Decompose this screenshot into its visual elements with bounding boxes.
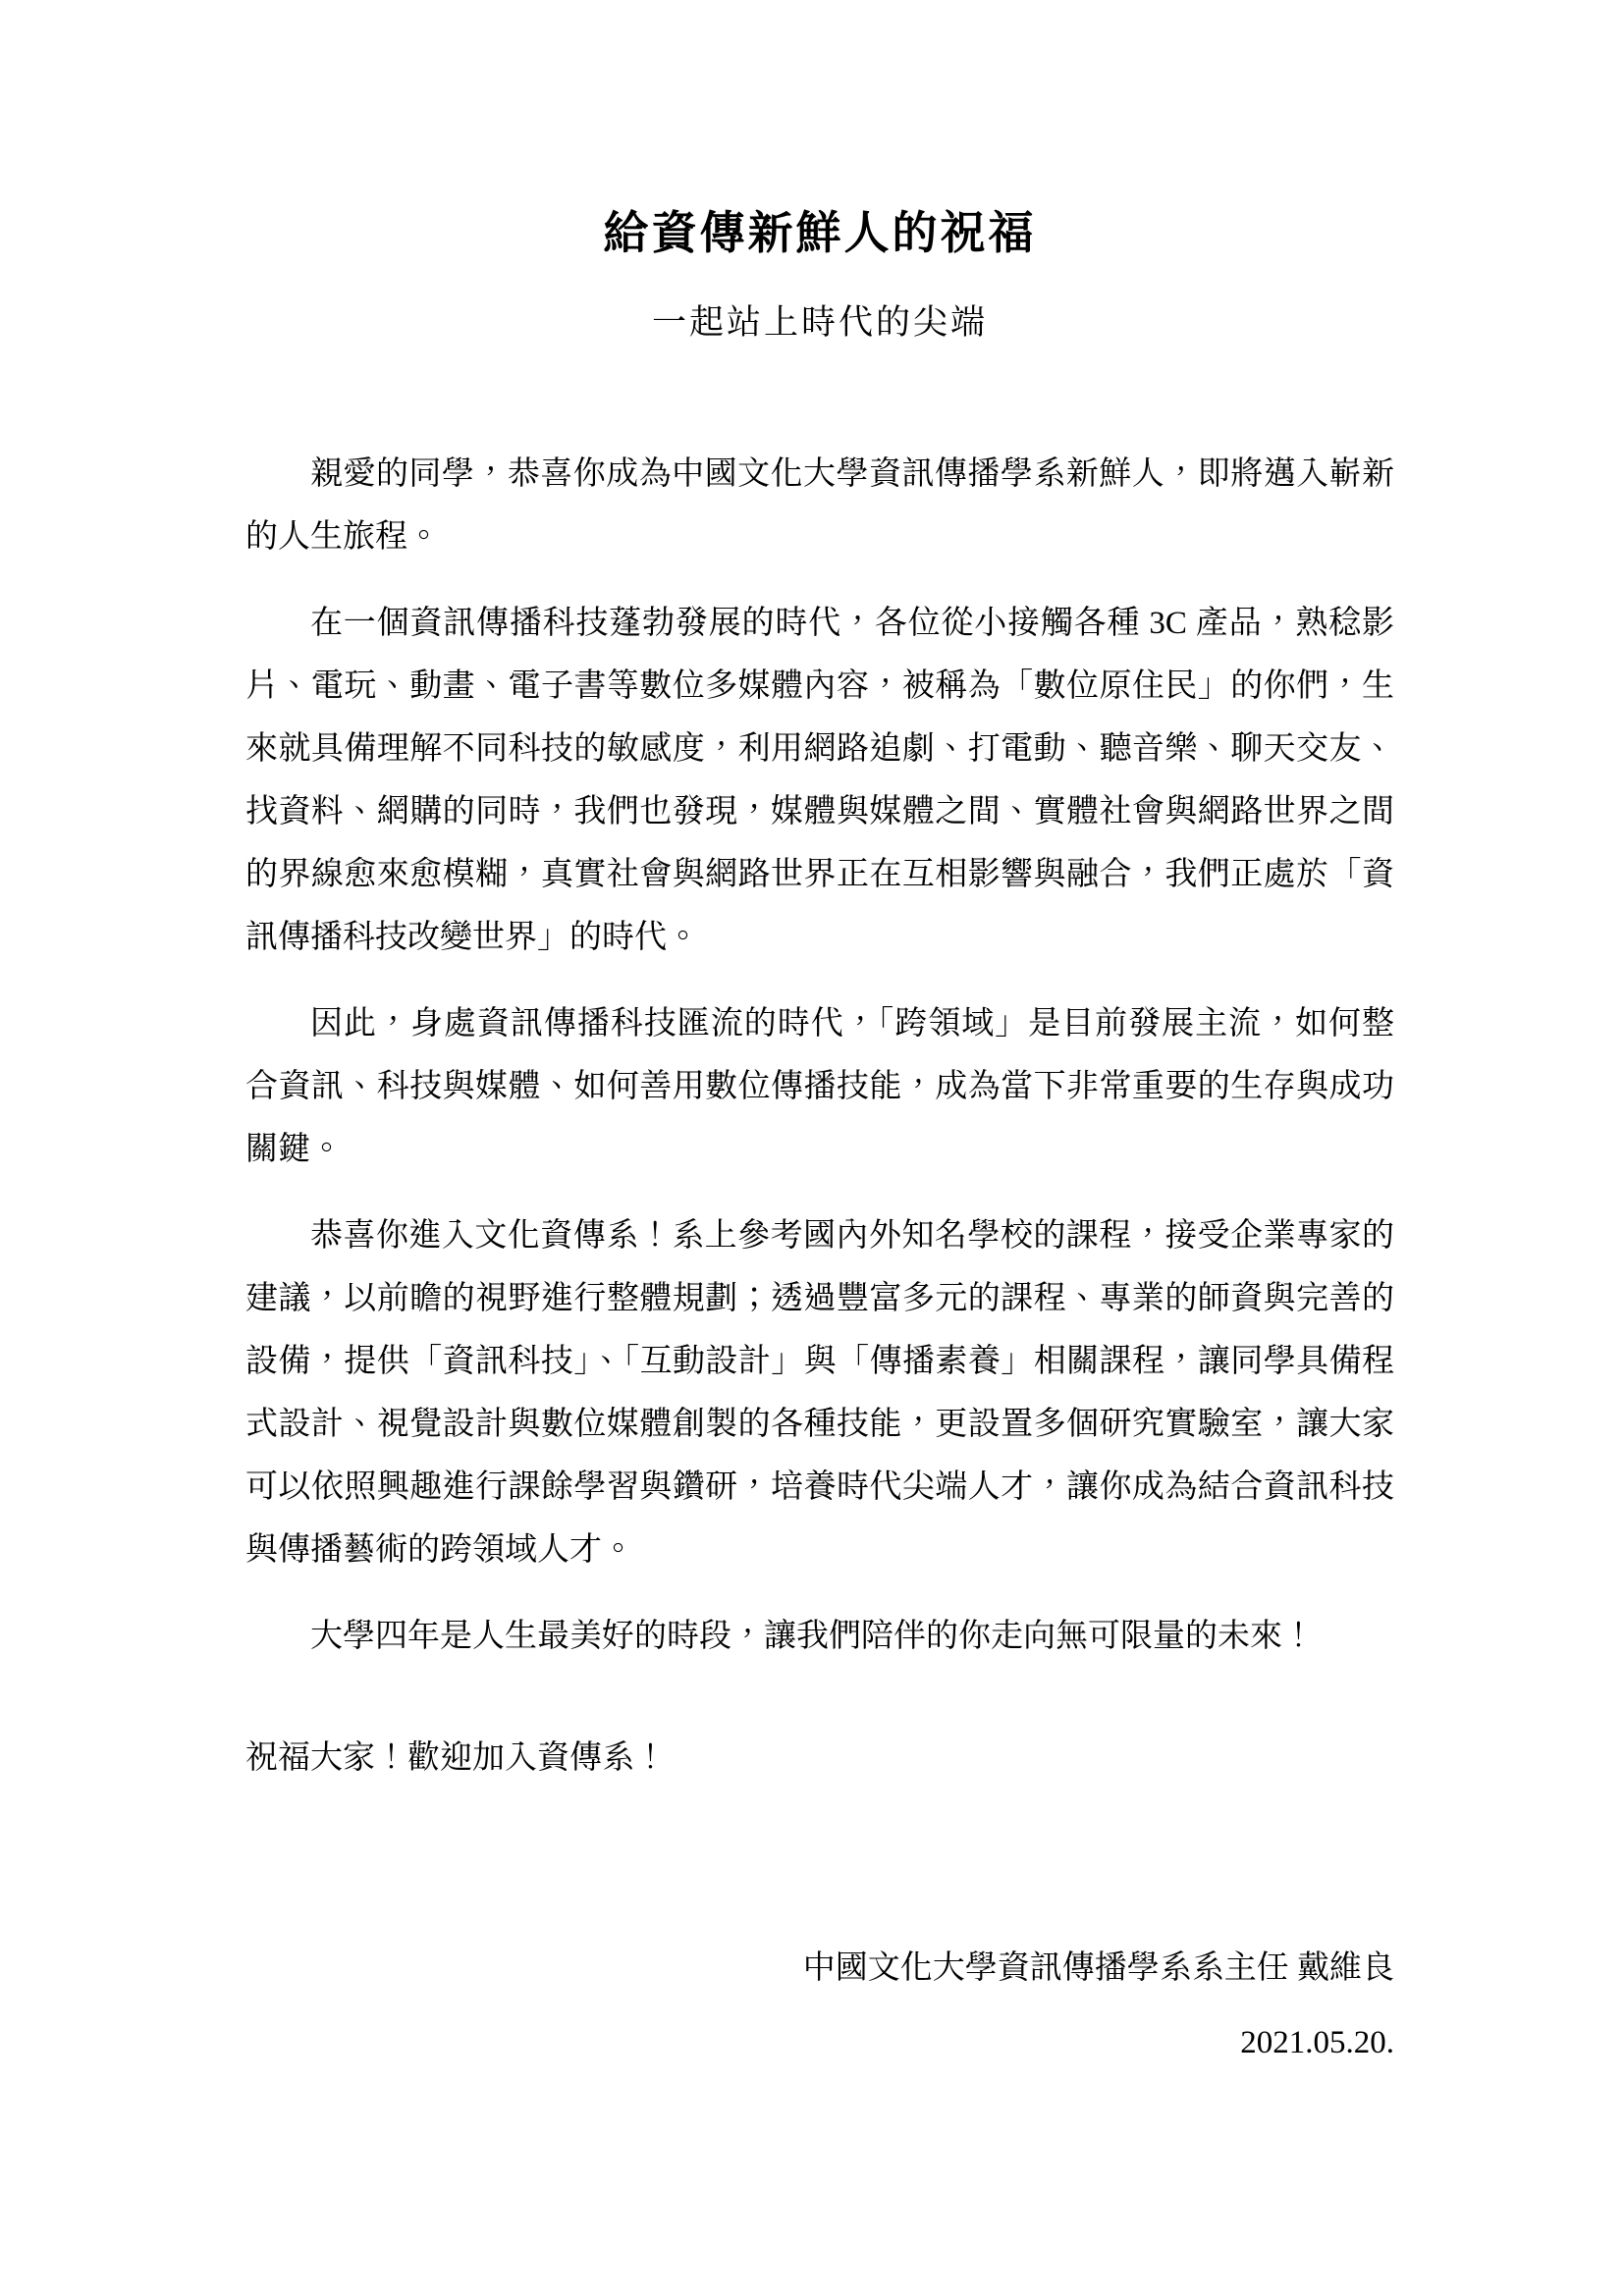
paragraph-digital-natives: 在一個資訊傳播科技蓬勃發展的時代，各位從小接觸各種 3C 產品，熟稔影片、電玩、… bbox=[245, 592, 1394, 969]
closing-line: 祝福大家！歡迎加入資傳系！ bbox=[245, 1727, 1394, 1789]
letter-subtitle: 一起站上時代的尖端 bbox=[245, 303, 1394, 343]
signature-line: 中國文化大學資訊傳播學系系主任 戴維良 bbox=[245, 1937, 1394, 2000]
letter-page: 給資傳新鮮人的祝福 一起站上時代的尖端 親愛的同學，恭喜你成為中國文化大學資訊傳… bbox=[0, 0, 1624, 2296]
letter-title: 給資傳新鮮人的祝福 bbox=[245, 208, 1394, 259]
paragraph-curriculum: 恭喜你進入文化資傳系！系上參考國內外知名學校的課程，接受企業專家的建議，以前瞻的… bbox=[245, 1204, 1394, 1581]
paragraph-four-years: 大學四年是人生最美好的時段，讓我們陪伴的你走向無可限量的未來！ bbox=[245, 1605, 1394, 1668]
paragraph-greeting: 親愛的同學，恭喜你成為中國文化大學資訊傳播學系新鮮人，即將邁入嶄新的人生旅程。 bbox=[245, 443, 1394, 568]
paragraph-cross-domain: 因此，身處資訊傳播科技匯流的時代，「跨領域」是目前發展主流，如何整合資訊、科技與… bbox=[245, 992, 1394, 1181]
date-line: 2021.05.20. bbox=[245, 2011, 1394, 2074]
